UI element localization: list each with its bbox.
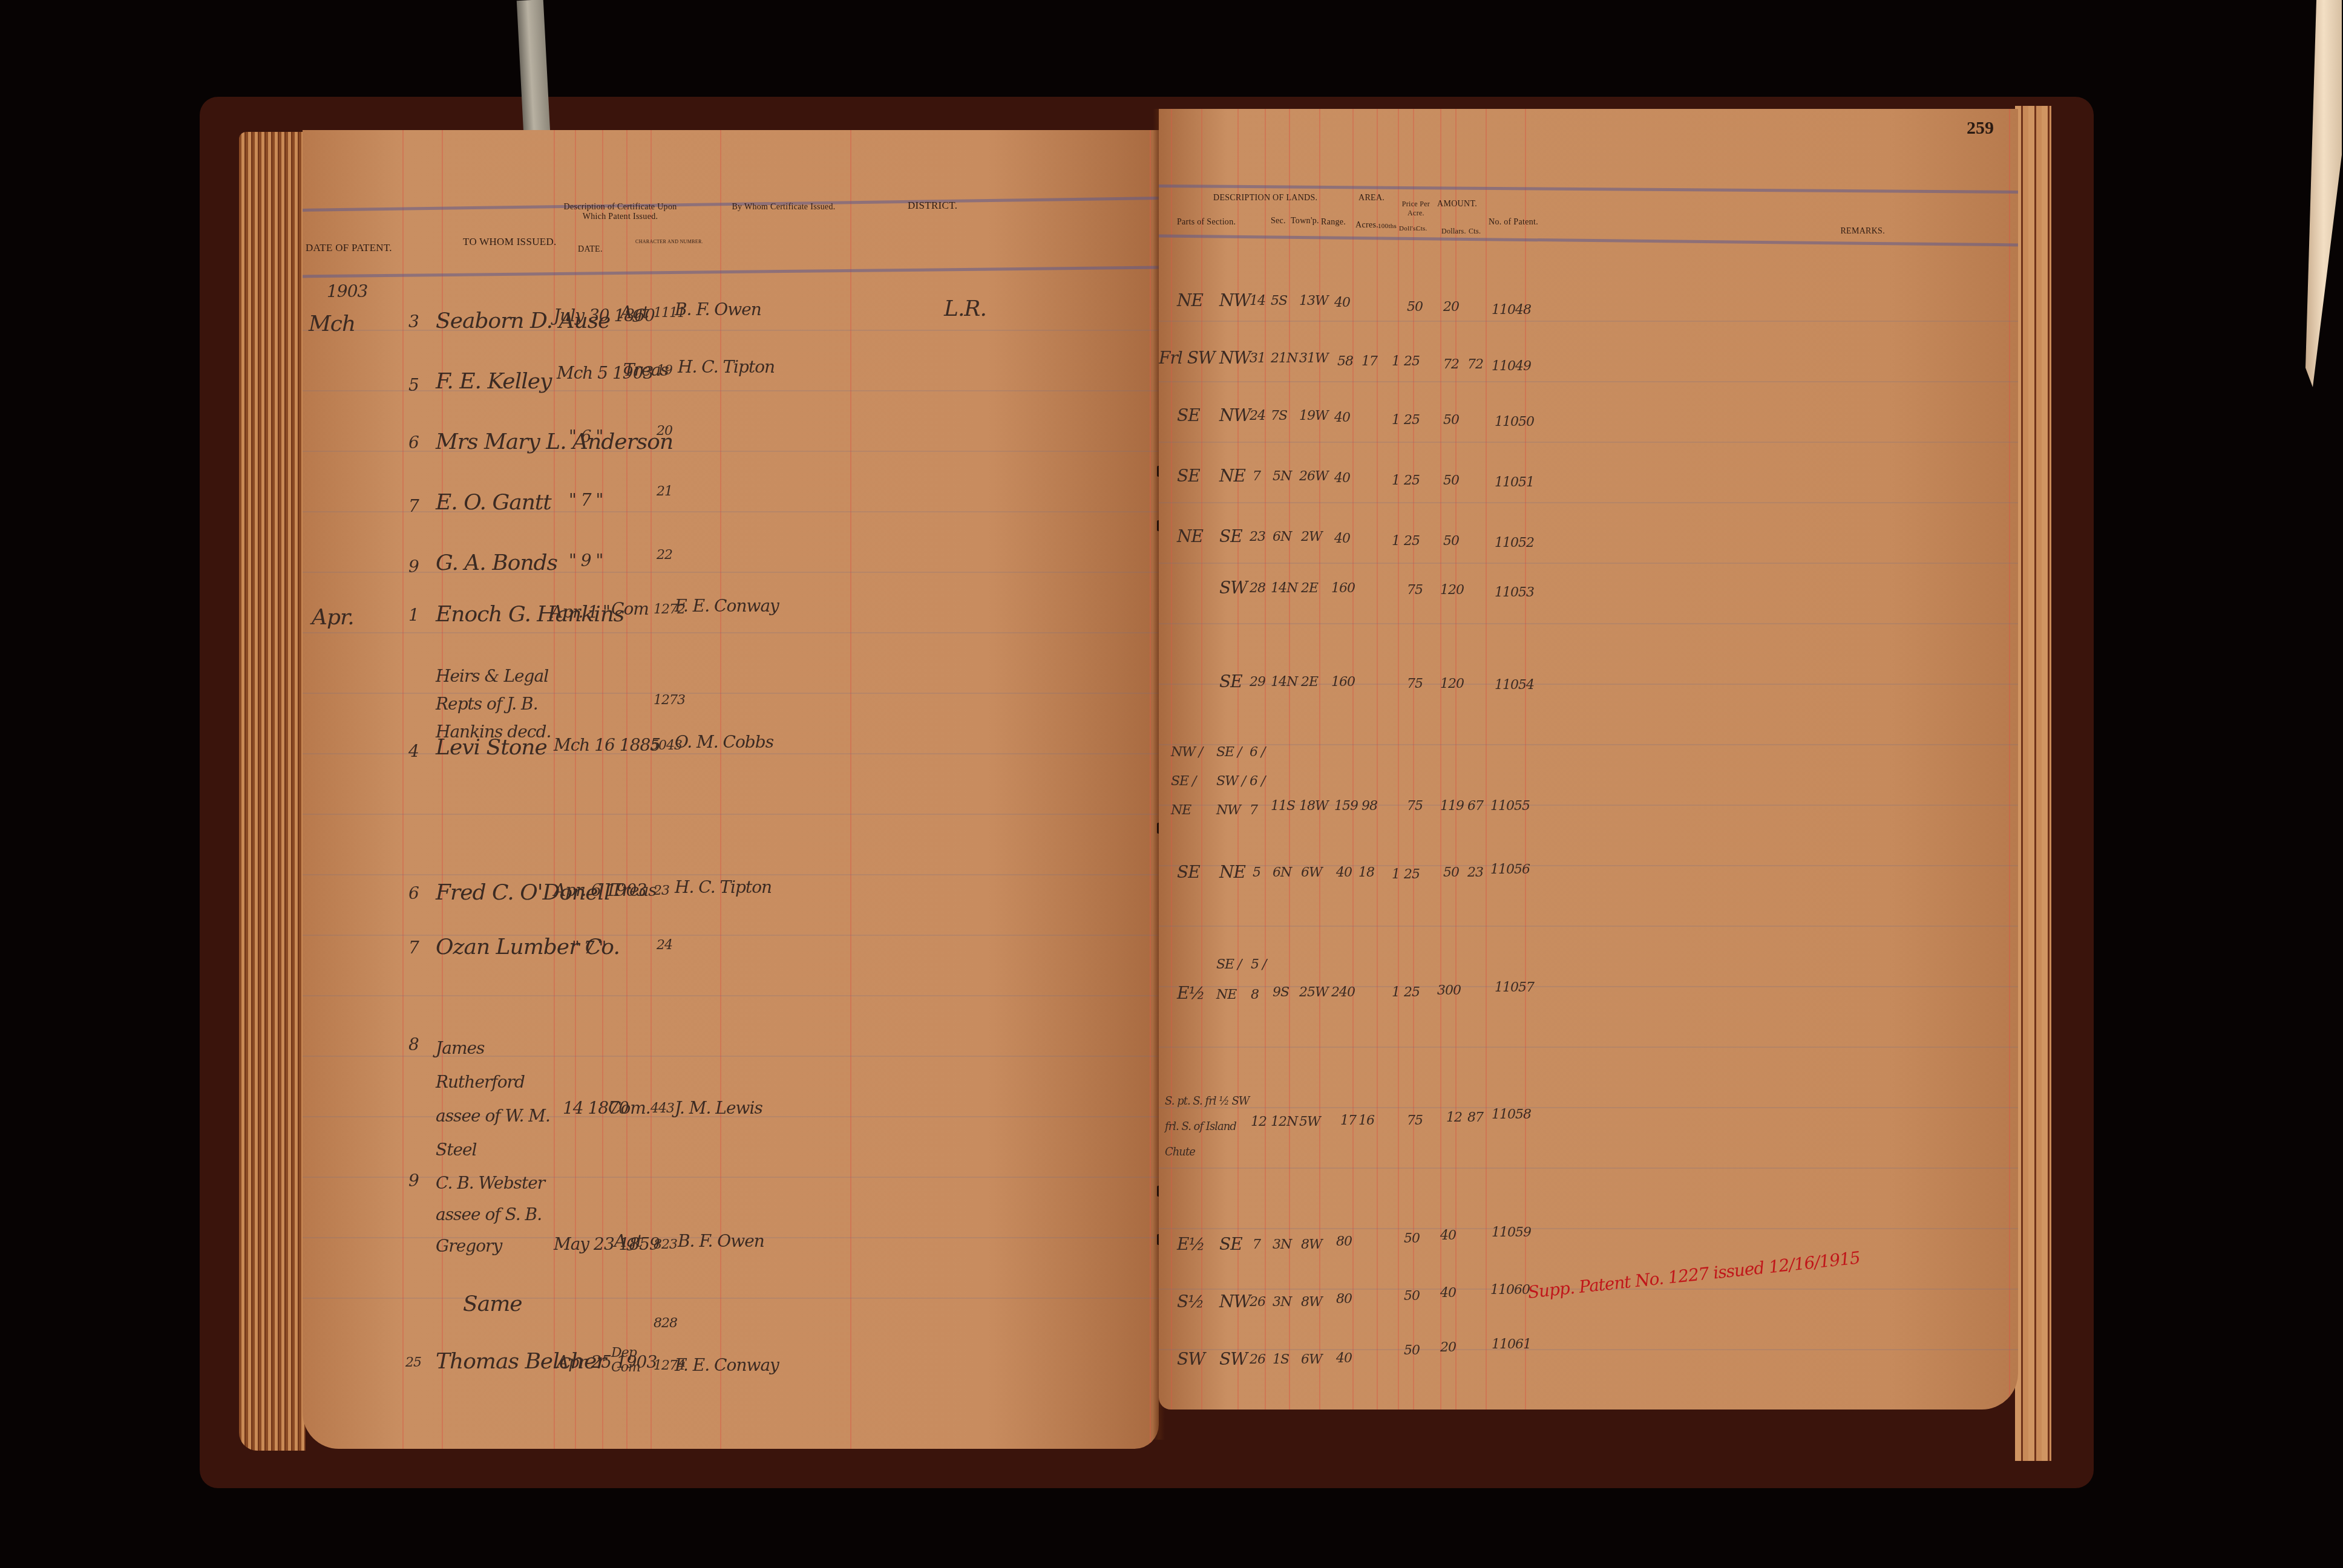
part-of-section: E½ xyxy=(1177,983,1205,1003)
price-cents: 75 xyxy=(1407,583,1423,598)
grantee-name: Levi Stone xyxy=(436,735,547,760)
part-of-section: NW / SE / NE xyxy=(1171,738,1207,825)
price-dollars: 1 xyxy=(1392,534,1400,549)
acres-hundredths: 98 xyxy=(1362,799,1377,814)
header-township: Town'p. xyxy=(1291,217,1319,226)
grantee-name: Mrs Mary L. Anderson xyxy=(436,430,673,454)
issuer-name: B. F. Owen xyxy=(675,299,761,319)
amount-dollars: 119 xyxy=(1440,799,1464,814)
grantee-name: C. B. Webster assee of S. B. Gregory xyxy=(436,1168,551,1262)
quarter: SE / NE xyxy=(1216,950,1253,1010)
quarter: NW xyxy=(1219,348,1250,368)
price-cents: 50 xyxy=(1404,1231,1420,1246)
acres: 17 xyxy=(1340,1113,1356,1128)
quarter: SE xyxy=(1219,671,1242,691)
part-of-section: E½ xyxy=(1177,1234,1205,1254)
amount-dollars: 40 xyxy=(1440,1228,1456,1243)
patent-number: 11051 xyxy=(1495,475,1534,490)
certificate-date: May 23 1859 xyxy=(554,1234,660,1254)
certificate-number: 1273 xyxy=(654,693,685,708)
header-to-whom-issued: TO WHOM ISSUED. xyxy=(463,236,557,248)
section: 23 xyxy=(1250,529,1265,544)
amount-cents: 67 xyxy=(1467,799,1483,814)
certificate-date: " 9 " xyxy=(569,550,603,570)
certificate-number: 23 xyxy=(654,883,669,898)
header-remarks: REMARKS. xyxy=(1840,227,1885,237)
quarter: SW xyxy=(1219,1349,1247,1369)
issuer-name: F. E. Conway xyxy=(675,1355,779,1375)
township: 6N xyxy=(1273,529,1291,544)
section: 26 xyxy=(1250,1352,1265,1367)
header-description-of-lands: DESCRIPTION OF LANDS. xyxy=(1213,194,1317,203)
issuer-name: B. F. Owen xyxy=(678,1231,764,1251)
amount-dollars: 120 xyxy=(1440,676,1464,691)
amount-dollars: 50 xyxy=(1443,473,1459,488)
page-number: 259 xyxy=(1967,118,1994,139)
range: 18W xyxy=(1299,799,1328,814)
quarter: NE xyxy=(1219,862,1245,882)
price-cents: 25 xyxy=(1404,867,1420,882)
certificate-character: Treas xyxy=(611,880,657,900)
patent-number: 11060 xyxy=(1490,1282,1530,1298)
amount-dollars: 72 xyxy=(1443,357,1459,372)
remark-red-ink: Supp. Patent No. 1227 issued 12/16/1915 xyxy=(1527,1247,1861,1302)
day: 6 xyxy=(408,883,419,903)
township: 7S xyxy=(1271,408,1287,423)
amount-cents: 87 xyxy=(1467,1110,1483,1125)
amount-dollars: 40 xyxy=(1440,1285,1456,1301)
range: 25W xyxy=(1299,985,1328,1000)
certificate-character: Com xyxy=(611,599,649,619)
month: Apr. xyxy=(312,605,354,630)
range: 8W xyxy=(1301,1295,1322,1310)
header-date-of-patent: DATE OF PATENT. xyxy=(306,242,392,254)
quarter: SE xyxy=(1219,526,1242,546)
acres-hundredths: 17 xyxy=(1362,354,1377,369)
header-certificate-date: DATE. xyxy=(578,245,603,255)
range: 6W xyxy=(1301,865,1322,880)
certificate-number: 24 xyxy=(657,938,672,953)
township: 9S xyxy=(1273,985,1289,1000)
header-price-dollars: Doll's. xyxy=(1399,225,1418,232)
section: 5 / 8 xyxy=(1251,950,1269,1010)
part-of-section: NE xyxy=(1177,526,1203,546)
district: L.R. xyxy=(944,296,986,321)
certificate-character: Agt xyxy=(620,302,648,322)
price-cents: 25 xyxy=(1404,534,1420,549)
amount-dollars: 50 xyxy=(1443,534,1459,549)
price-dollars: 1 xyxy=(1392,354,1400,369)
quarter: NE xyxy=(1219,466,1245,486)
section: 28 xyxy=(1250,581,1265,596)
price-cents: 75 xyxy=(1407,1113,1423,1128)
acres: 159 xyxy=(1334,799,1358,814)
certificate-character: Com. xyxy=(608,1098,650,1118)
township: 14N xyxy=(1271,675,1297,690)
header-price-per-acre: Price Per Acre. xyxy=(1398,200,1434,218)
issuer-name: O. M. Cobbs xyxy=(675,732,773,752)
header-amount: AMOUNT. xyxy=(1437,200,1477,209)
amount-dollars: 50 xyxy=(1443,865,1459,880)
township: 1S xyxy=(1273,1352,1289,1367)
issuer-name: J. M. Lewis xyxy=(675,1098,762,1118)
grantee-name: G. A. Bonds xyxy=(436,550,557,575)
grantee-name: E. O. Gantt xyxy=(436,490,551,515)
page-edges-left xyxy=(239,132,306,1451)
year-label: 1903 xyxy=(327,281,367,301)
header-hundredths: 100ths xyxy=(1378,223,1397,230)
quarter: NW xyxy=(1219,1292,1250,1312)
patent-number: 11053 xyxy=(1495,585,1534,600)
section: 24 xyxy=(1250,408,1265,423)
township: 21N xyxy=(1271,351,1297,366)
issuer-name: H. C. Tipton xyxy=(678,357,775,377)
day: 25 xyxy=(405,1355,421,1370)
day: 5 xyxy=(408,375,419,395)
day: 9 xyxy=(408,1171,419,1191)
section: 5 xyxy=(1253,865,1260,880)
part-of-section: Frl SW xyxy=(1159,348,1215,368)
range: 13W xyxy=(1299,293,1328,309)
patent-number: 11048 xyxy=(1492,302,1531,318)
acres: 40 xyxy=(1334,531,1350,546)
header-certificate-description: Description of Certificate Upon Which Pa… xyxy=(560,203,681,222)
price-dollars: 1 xyxy=(1392,413,1400,428)
part-of-section: SE xyxy=(1177,405,1200,425)
certificate-number: 443 xyxy=(650,1101,674,1116)
range: 31W xyxy=(1299,351,1328,366)
part-of-section: SE xyxy=(1177,862,1200,882)
township: 11S xyxy=(1271,799,1295,814)
amount-dollars: 50 xyxy=(1443,413,1459,428)
acres: 160 xyxy=(1331,675,1355,690)
header-area: AREA. xyxy=(1358,194,1384,203)
header-by-whom: By Whom Certificate Issued. xyxy=(723,203,844,212)
left-page: DATE OF PATENT. TO WHOM ISSUED. Descript… xyxy=(303,130,1159,1449)
patent-number: 11058 xyxy=(1492,1107,1531,1122)
certificate-number: 19 xyxy=(657,363,672,378)
section: 14 xyxy=(1250,293,1265,309)
section: 7 xyxy=(1253,1237,1260,1252)
header-range: Range. xyxy=(1321,218,1346,227)
range: 2E xyxy=(1301,675,1318,690)
header-price-cents: Cts. xyxy=(1416,225,1427,232)
day: 6 xyxy=(408,433,419,452)
acres: 240 xyxy=(1331,985,1355,1000)
price-cents: 25 xyxy=(1404,473,1420,488)
amount-dollars: 20 xyxy=(1443,299,1459,315)
grantee-name: F. E. Kelley xyxy=(436,369,551,394)
issuer-name: H. C. Tipton xyxy=(675,877,772,897)
amount-cents: 23 xyxy=(1467,865,1483,880)
township: 3N xyxy=(1273,1237,1291,1252)
certificate-date: " 7 " xyxy=(572,938,606,958)
range: 5W xyxy=(1299,1114,1320,1129)
amount-dollars: 300 xyxy=(1437,983,1461,998)
certificate-character: Agt xyxy=(614,1231,642,1251)
acres: 40 xyxy=(1336,865,1352,880)
township: 5N xyxy=(1273,469,1291,484)
part-of-section: S. pt. S. frl ½ SW frl. S. of Island Chu… xyxy=(1165,1089,1256,1165)
patent-number: 11061 xyxy=(1492,1337,1531,1352)
certificate-date: " 6 " xyxy=(569,426,603,446)
acres: 160 xyxy=(1331,581,1355,596)
township: 14N xyxy=(1271,581,1297,596)
section: 29 xyxy=(1250,675,1265,690)
acres: 40 xyxy=(1336,1351,1352,1366)
price-cents: 50 xyxy=(1407,299,1423,315)
header-parts-of-section: Parts of Section. xyxy=(1177,218,1236,227)
header-acres: Acres. xyxy=(1355,221,1378,230)
certificate-number: 21 xyxy=(657,484,672,499)
acres: 40 xyxy=(1334,410,1350,425)
part-of-section: SW xyxy=(1177,1349,1205,1369)
township: 3N xyxy=(1273,1295,1291,1310)
price-cents: 25 xyxy=(1404,413,1420,428)
grantee-name: Heirs & Legal Repts of J. B. Hankins dec… xyxy=(436,662,557,746)
quarter: SW xyxy=(1219,578,1247,598)
bone-folder-bookmark xyxy=(2305,0,2342,387)
certificate-number: 828 xyxy=(654,1316,677,1331)
patent-number: 11056 xyxy=(1490,862,1530,877)
range: 26W xyxy=(1299,469,1328,484)
day: 8 xyxy=(408,1034,419,1054)
section: 26 xyxy=(1250,1295,1265,1310)
header-sec: Sec. xyxy=(1271,217,1286,226)
price-cents: 50 xyxy=(1404,1343,1420,1358)
certificate-number: 20 xyxy=(657,423,672,439)
patent-number: 11050 xyxy=(1495,414,1534,430)
part-of-section: SE xyxy=(1177,466,1200,486)
acres: 40 xyxy=(1334,295,1350,310)
acres: 58 xyxy=(1337,354,1353,369)
patent-number: 11054 xyxy=(1495,678,1534,693)
township: 5S xyxy=(1271,293,1287,309)
certificate-date: Apr. 1 " xyxy=(551,602,610,622)
certificate-number: 823 xyxy=(654,1237,677,1252)
range: 19W xyxy=(1299,408,1328,423)
patent-number: 11059 xyxy=(1492,1225,1531,1240)
certificate-date: Mch 16 1885 xyxy=(554,735,660,755)
patent-number: 11057 xyxy=(1495,980,1534,995)
price-dollars: 1 xyxy=(1392,473,1400,488)
quarter: NW xyxy=(1219,405,1250,425)
header-amount-dollars: Dollars. xyxy=(1441,227,1466,236)
day: 7 xyxy=(408,496,419,516)
part-of-section: NE xyxy=(1177,290,1203,310)
amount-dollars: 120 xyxy=(1440,583,1464,598)
certificate-date: Apr 25 1903 xyxy=(557,1352,657,1372)
acres: 40 xyxy=(1334,471,1350,486)
day: 7 xyxy=(408,938,419,958)
price-cents: 25 xyxy=(1404,985,1420,1000)
quarter: SE xyxy=(1219,1234,1242,1254)
patent-number: 11052 xyxy=(1495,535,1534,550)
amount-dollars: 20 xyxy=(1440,1340,1456,1355)
amount-dollars: 12 xyxy=(1446,1110,1462,1125)
patent-number: 11055 xyxy=(1490,799,1530,814)
section: 7 xyxy=(1253,469,1260,484)
price-cents: 50 xyxy=(1404,1289,1420,1304)
month: Mch xyxy=(309,312,355,336)
day: 9 xyxy=(408,557,419,577)
header-patent-number: No. of Patent. xyxy=(1489,218,1538,227)
grantee-name: James Rutherford assee of W. M. Steel xyxy=(436,1031,551,1167)
part-of-section: S½ xyxy=(1177,1292,1204,1312)
amount-cents: 72 xyxy=(1467,357,1483,372)
township: 12N xyxy=(1271,1114,1297,1129)
acres: 80 xyxy=(1336,1292,1352,1307)
price-dollars: 1 xyxy=(1392,867,1400,882)
certificate-character: Dep Com xyxy=(611,1346,641,1375)
price-cents: 75 xyxy=(1407,799,1423,814)
range: 6W xyxy=(1301,1352,1322,1367)
day: 4 xyxy=(408,741,419,761)
day: 1 xyxy=(408,605,419,625)
section: 6 / 6 / 7 xyxy=(1250,738,1268,825)
section: 31 xyxy=(1250,351,1265,366)
township: 6N xyxy=(1273,865,1291,880)
price-cents: 25 xyxy=(1404,354,1420,369)
certificate-number: 22 xyxy=(657,547,672,563)
range: 2W xyxy=(1301,529,1322,544)
header-character-number: CHARACTER AND NUMBER. xyxy=(635,239,703,244)
certificate-date: " 7 " xyxy=(569,490,603,510)
acres: 80 xyxy=(1336,1234,1352,1249)
range: 2E xyxy=(1301,581,1318,596)
grantee-name: Same xyxy=(463,1292,522,1316)
patent-number: 11049 xyxy=(1492,359,1531,374)
header-district: DISTRICT. xyxy=(908,200,957,212)
issuer-name: F. E. Conway xyxy=(675,596,779,616)
header-amount-cents: Cts. xyxy=(1469,227,1481,236)
quarter: SE / SW / NW xyxy=(1216,738,1253,825)
acres-hundredths: 16 xyxy=(1358,1113,1374,1128)
day: 3 xyxy=(408,312,419,332)
right-page: 259 DESCRIPTION OF LANDS. Parts of Secti… xyxy=(1159,109,2018,1410)
quarter: NW xyxy=(1219,290,1250,310)
acres-hundredths: 18 xyxy=(1358,865,1374,880)
section: 12 xyxy=(1251,1114,1267,1129)
price-cents: 75 xyxy=(1407,676,1423,691)
price-dollars: 1 xyxy=(1392,985,1400,1000)
page-edges-right xyxy=(2015,106,2051,1461)
range: 8W xyxy=(1301,1237,1322,1252)
